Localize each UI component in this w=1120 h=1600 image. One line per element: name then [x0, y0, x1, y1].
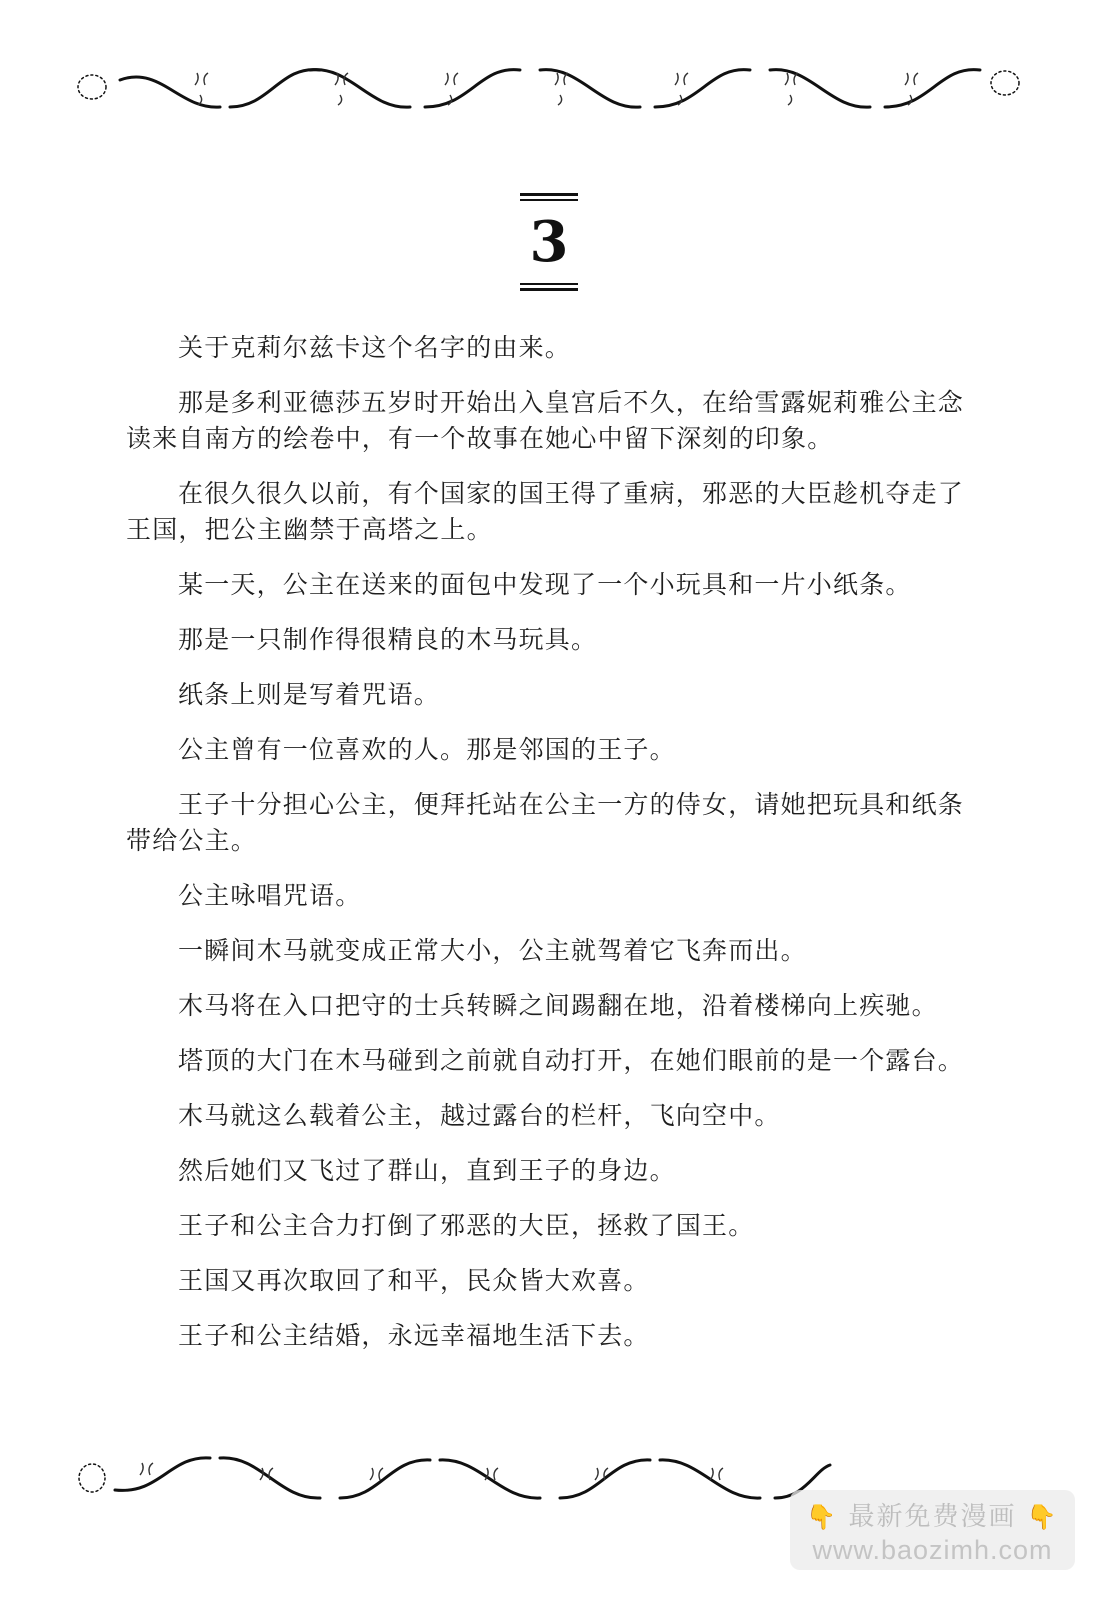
paragraph: 纸条上则是写着咒语。 — [126, 677, 986, 713]
chapter-number: 3 — [520, 204, 578, 280]
pointing-down-hand-icon: 👇 — [1027, 1503, 1059, 1531]
paragraph: 那是多利亚德莎五岁时开始出入皇宫后不久，在给雪露妮莉雅公主念读来自南方的绘卷中，… — [126, 385, 986, 457]
paragraph: 在很久很久以前，有个国家的国王得了重病，邪恶的大臣趁机夺走了王国，把公主幽禁于高… — [126, 476, 986, 548]
paragraph: 木马就这么载着公主，越过露台的栏杆，飞向空中。 — [126, 1098, 986, 1134]
paragraph: 王子和公主结婚，永远幸福地生活下去。 — [126, 1318, 986, 1354]
paragraph: 然后她们又飞过了群山，直到王子的身边。 — [126, 1153, 986, 1189]
paragraph: 王子十分担心公主，便拜托站在公主一方的侍女，请她把玩具和纸条带给公主。 — [126, 787, 986, 859]
watermark-url: www.baozimh.com — [790, 1535, 1075, 1566]
top-ornament-border — [70, 55, 1030, 125]
chapter-heading: 3 — [520, 190, 578, 294]
site-watermark: 👇 最新免费漫画 👇 www.baozimh.com — [790, 1490, 1075, 1570]
chapter-rule-top-thin — [520, 199, 578, 201]
paragraph: 一瞬间木马就变成正常大小，公主就驾着它飞奔而出。 — [126, 933, 986, 969]
paragraph: 公主咏唱咒语。 — [126, 878, 986, 914]
watermark-text: 最新免费漫画 — [848, 1502, 1016, 1532]
chapter-body: 关于克莉尔兹卡这个名字的由来。 那是多利亚德莎五岁时开始出入皇宫后不久，在给雪露… — [126, 330, 986, 1373]
paragraph: 关于克莉尔兹卡这个名字的由来。 — [126, 330, 986, 366]
chapter-rule-bottom — [520, 288, 578, 291]
paragraph: 塔顶的大门在木马碰到之前就自动打开，在她们眼前的是一个露台。 — [126, 1043, 986, 1079]
paragraph: 木马将在入口把守的士兵转瞬之间踢翻在地，沿着楼梯向上疾驰。 — [126, 988, 986, 1024]
paragraph: 王子和公主合力打倒了邪恶的大臣，拯救了国王。 — [126, 1208, 986, 1244]
chapter-rule-bottom-thin — [520, 283, 578, 285]
watermark-title: 👇 最新免费漫画 👇 — [790, 1496, 1075, 1533]
pointing-down-hand-icon: 👇 — [806, 1503, 838, 1531]
paragraph: 王国又再次取回了和平，民众皆大欢喜。 — [126, 1263, 986, 1299]
chapter-rule-top — [520, 193, 578, 196]
paragraph: 某一天，公主在送来的面包中发现了一个小玩具和一片小纸条。 — [126, 567, 986, 603]
paragraph: 那是一只制作得很精良的木马玩具。 — [126, 622, 986, 658]
paragraph: 公主曾有一位喜欢的人。那是邻国的王子。 — [126, 732, 986, 768]
